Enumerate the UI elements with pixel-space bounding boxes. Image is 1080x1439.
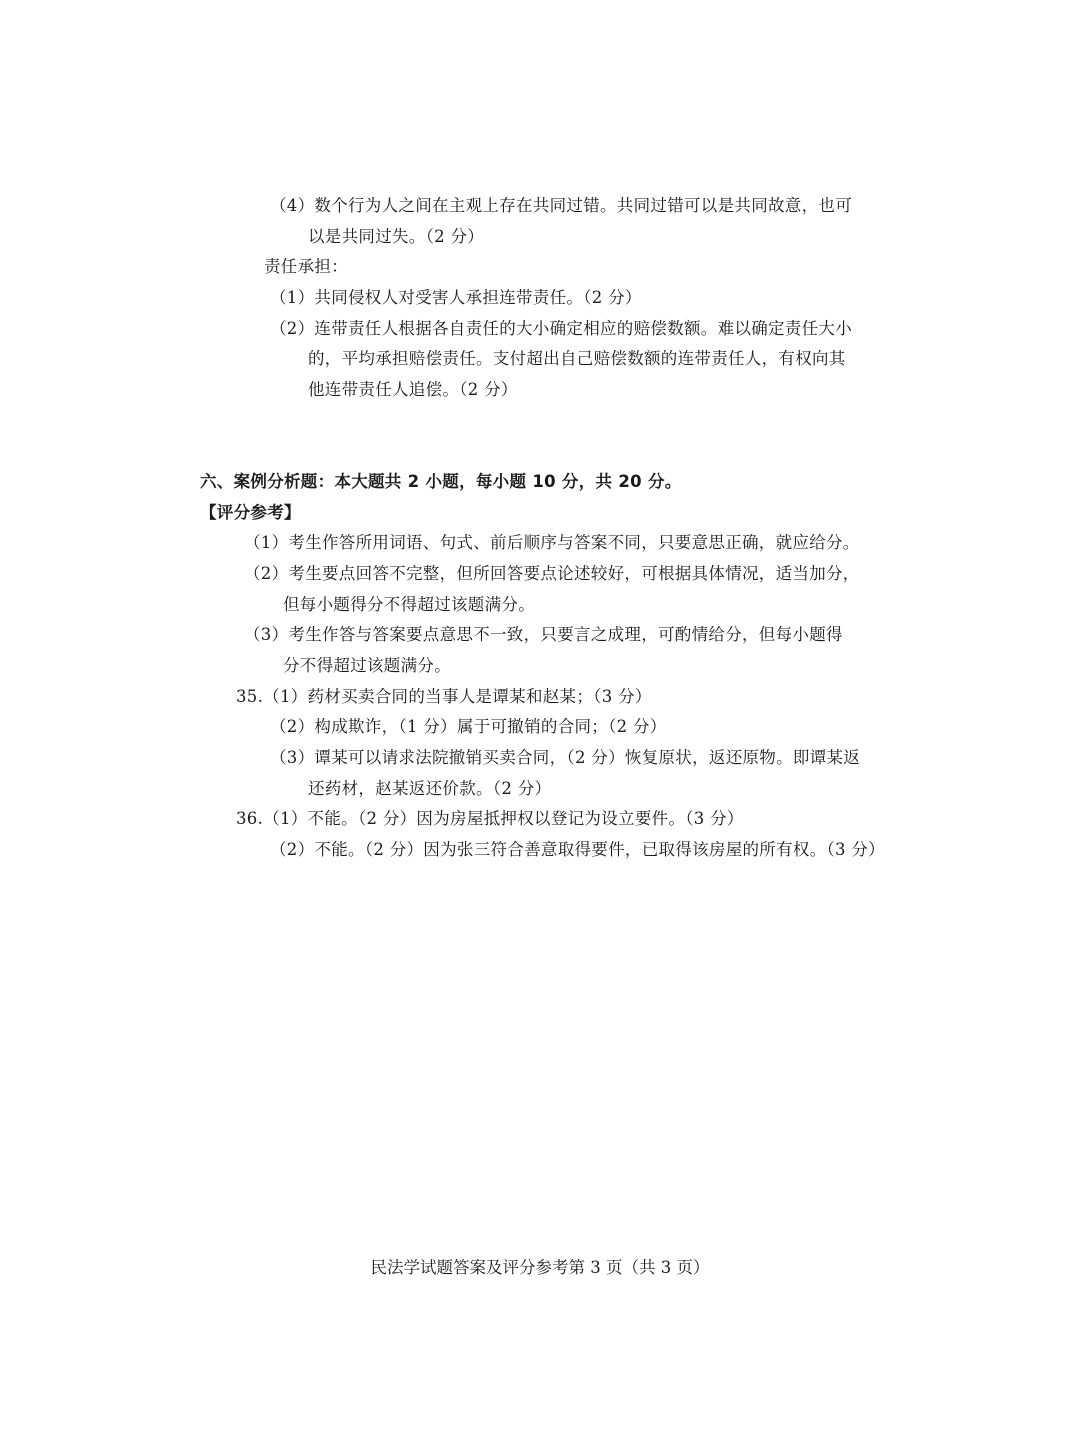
q35-answer-2: （2）构成欺诈，（1 分）属于可撤销的合同；（2 分） — [270, 716, 667, 738]
grading-item-3-line-2: 分不得超过该题满分。 — [283, 655, 451, 677]
item-4-line-2: 以是共同过失。（2 分） — [308, 226, 484, 248]
grading-item-3-line-1: （3）考生作答与答案要点意思不一致，只要言之成理，可酌情给分，但每小题得 — [244, 624, 843, 646]
grading-item-2-line-2: 但每小题得分不得超过该题满分。 — [283, 594, 535, 616]
item-4-line-1: （4）数个行为人之间在主观上存在共同过错。共同过错可以是共同故意，也可 — [270, 195, 852, 217]
liability-item-2-line-2: 的，平均承担赔偿责任。支付超出自己赔偿数额的连带责任人，有权向其 — [308, 348, 846, 370]
q35-answer-1: 35.（1）药材买卖合同的当事人是谭某和赵某；（3 分） — [236, 686, 652, 708]
grading-heading: 【评分参考】 — [200, 502, 301, 524]
section-6-title: 六、案例分析题：本大题共 2 小题，每小题 10 分，共 20 分。 — [200, 471, 682, 493]
q35-answer-3-line-1: （3）谭某可以请求法院撤销买卖合同，（2 分）恢复原状，返还原物。即谭某返 — [270, 747, 860, 769]
grading-item-1: （1）考生作答所用词语、句式、前后顺序与答案不同，只要意思正确，就应给分。 — [244, 532, 860, 554]
grading-item-2-line-1: （2）考生要点回答不完整，但所回答要点论述较好，可根据具体情况，适当加分， — [244, 563, 860, 585]
page-footer: 民法学试题答案及评分参考第 3 页（共 3 页） — [0, 1254, 1080, 1278]
liability-item-2-line-1: （2）连带责任人根据各自责任的大小确定相应的赔偿数额。难以确定责任大小 — [270, 318, 852, 340]
q35-answer-3-line-2: 还药材，赵某返还价款。（2 分） — [308, 778, 551, 800]
liability-heading: 责任承担： — [264, 256, 348, 278]
q36-answer-2: （2）不能。（2 分）因为张三符合善意取得要件，已取得该房屋的所有权。（3 分） — [270, 839, 885, 861]
q36-answer-1: 36.（1）不能。（2 分）因为房屋抵押权以登记为设立要件。（3 分） — [236, 808, 744, 830]
liability-item-2-line-3: 他连带责任人追偿。（2 分） — [308, 379, 518, 401]
liability-item-1: （1）共同侵权人对受害人承担连带责任。（2 分） — [270, 287, 642, 309]
